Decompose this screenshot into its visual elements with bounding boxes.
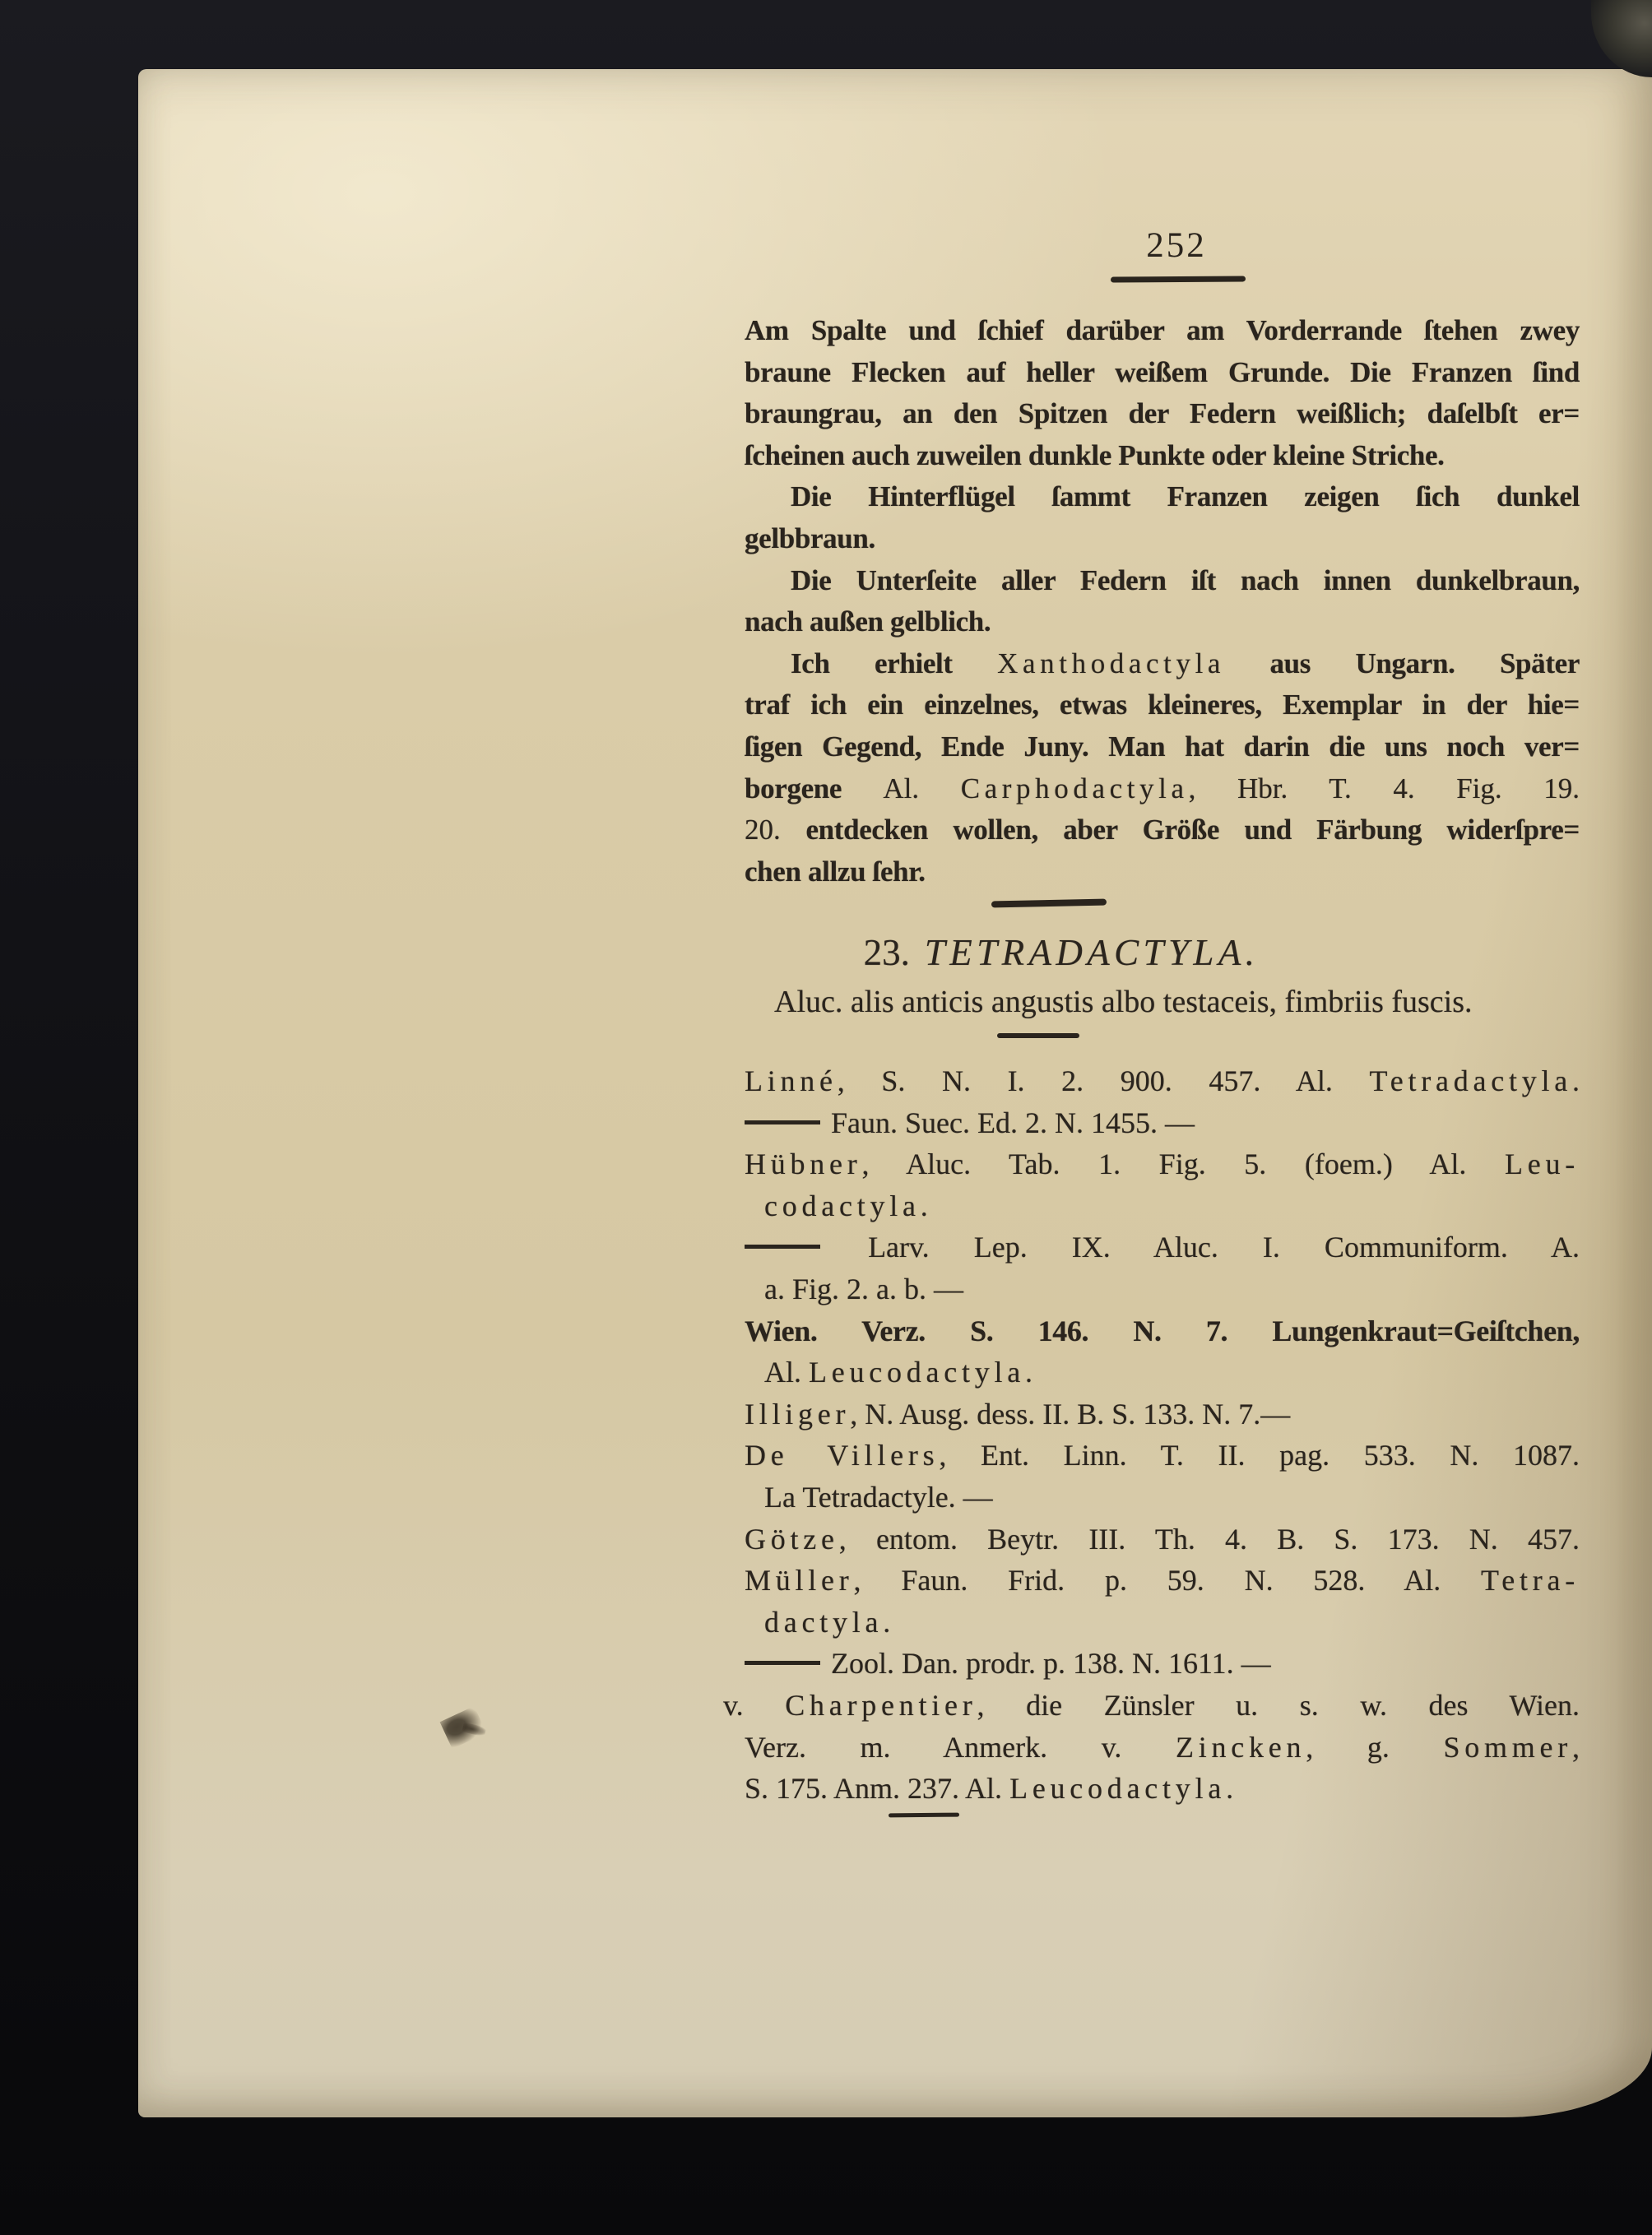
text-line: Hübner, Aluc. Tab. 1. Fig. 5. (foem.) Al… [745, 1143, 1580, 1185]
text-segment: traf ich ein einzelnes, etwas kleineres,… [745, 689, 1580, 721]
text-segment: codactyla [764, 1189, 921, 1222]
text-segment: . [921, 1189, 928, 1222]
ink-smudge [440, 1706, 487, 1749]
text-line: ſcheinen auch zuweilen dunkle Punkte ode… [745, 435, 1580, 477]
separator-rule [991, 899, 1107, 908]
text-segment: entdecken wollen, aber Größe und Färbung… [805, 814, 1580, 846]
page-number: 252 [1012, 225, 1341, 266]
text-segment: Linné [745, 1064, 838, 1097]
text-segment: Tetra- [1481, 1564, 1580, 1597]
text-segment: S. 175. Anm. 237. Al. [745, 1772, 1009, 1805]
text-segment: Faun. Suec. Ed. 2. N. 1455. — [824, 1106, 1195, 1139]
text-segment: ſcheinen auch zuweilen dunkle Punkte ode… [745, 439, 1445, 471]
text-line: Al. Leucodactyla. [745, 1352, 1580, 1393]
text-line: Die Hinterflügel ſammt Franzen zeigen ſi… [745, 476, 1580, 518]
species-heading: 23.TETRADACTYLA. [745, 931, 1378, 974]
text-line: chen allzu ſehr. [745, 851, 1580, 893]
text-segment: Verz. m. Anmerk. v. [745, 1731, 1176, 1764]
text-segment: braune Flecken auf heller weißem Grunde.… [745, 356, 1580, 388]
text-segment: Leucodactyla [1009, 1772, 1226, 1805]
text-line: v. Charpentier, die Zünsler u. s. w. des… [723, 1685, 1580, 1727]
text-segment: Al. [764, 1356, 809, 1389]
text-segment: , Hbr. T. 4. Fig. 19. [1189, 772, 1580, 805]
text-segment: borgene [745, 772, 883, 805]
text-line: Wien. Verz. S. 146. N. 7. Lungenkraut=Ge… [745, 1310, 1580, 1352]
text-line: a. Fig. 2. a. b. — [745, 1268, 1580, 1310]
text-line: Ich erhielt Xanthodactyla aus Ungarn. Sp… [745, 643, 1580, 685]
text-segment: a. Fig. 2. a. b. — [764, 1273, 963, 1305]
species-number: 23. [864, 932, 910, 973]
text-segment: gelbbraun. [745, 522, 875, 554]
text-segment: Carphodactyla [961, 772, 1189, 805]
text-segment: , Aluc. Tab. 1. Fig. 5. (foem.) Al. [862, 1148, 1505, 1180]
text-line: ſigen Gegend, Ende Juny. Man hat darin d… [745, 726, 1580, 768]
text-segment: La Tetradactyle. — [764, 1481, 993, 1514]
text-segment: , N. Ausg. dess. II. B. S. 133. N. 7.— [850, 1398, 1290, 1430]
separator-rule [889, 1813, 959, 1818]
text-line: Verz. m. Anmerk. v. Zincken, g. Sommer, [745, 1727, 1580, 1769]
text-line: De Villers, Ent. Linn. T. II. pag. 533. … [745, 1435, 1580, 1477]
text-line: 20. entdecken wollen, aber Größe und Fär… [745, 809, 1580, 851]
text-line: Götze, entom. Beytr. III. Th. 4. B. S. 1… [745, 1519, 1580, 1560]
text-segment: Wien. Verz. S. 146. N. 7. Lungenkraut=Ge… [745, 1315, 1580, 1347]
text-segment: Zincken [1176, 1731, 1306, 1764]
scan-background: 252 Am Spalte und ſchief darüber am Vord… [0, 0, 1652, 2235]
text-line: dactyla. [745, 1602, 1580, 1644]
text-segment: . [1572, 1064, 1580, 1097]
text-line: gelbbraun. [745, 518, 1580, 560]
text-line: nach außen gelblich. [745, 601, 1580, 643]
text-line: Larv. Lep. IX. Aluc. I. Communiform. A. [745, 1226, 1580, 1268]
text-segment: Leu- [1505, 1148, 1580, 1180]
text-segment: Charpentier [785, 1689, 977, 1722]
text-segment: 20. [745, 814, 805, 846]
text-segment: . [883, 1606, 890, 1639]
text-line: La Tetradactyle. — [745, 1477, 1580, 1519]
text-segment: , entom. Beytr. III. Th. 4. B. S. 173. N… [839, 1523, 1580, 1556]
text-segment: Hübner [745, 1148, 862, 1180]
text-segment: Illiger [745, 1398, 850, 1430]
text-segment: De Villers [745, 1439, 939, 1472]
leader-dash [745, 1120, 820, 1124]
text-segment: Müller [745, 1564, 854, 1597]
page-number-rule [1111, 276, 1246, 282]
leader-dash [745, 1245, 820, 1249]
text-segment: ſigen Gegend, Ende Juny. Man hat darin d… [745, 730, 1580, 763]
text-segment: Sommer [1443, 1731, 1572, 1764]
text-segment: Am Spalte und ſchief darüber am Vorderra… [745, 314, 1580, 346]
text-line: traf ich ein einzelnes, etwas kleineres,… [745, 684, 1580, 726]
text-line: S. 175. Anm. 237. Al. Leucodactyla. [745, 1768, 1580, 1810]
text-segment: . [1226, 1772, 1233, 1805]
text-segment: nach außen gelblich. [745, 605, 991, 638]
page-number-text: 252 [1146, 226, 1207, 265]
text-line: Müller, Faun. Frid. p. 59. N. 528. Al. T… [745, 1560, 1580, 1602]
species-name: TETRADACTYLA. [925, 932, 1260, 973]
text-line: braungrau, an den Spitzen der Federn wei… [745, 393, 1580, 435]
text-segment: Al. [883, 772, 960, 805]
latin-diagnosis: Aluc. alis anticis angustis albo testace… [745, 984, 1580, 1020]
text-segment: aus Ungarn. Später [1225, 647, 1580, 679]
text-line: Faun. Suec. Ed. 2. N. 1455. — [745, 1102, 1580, 1144]
text-segment: braungrau, an den Spitzen der Federn wei… [745, 397, 1580, 429]
text-segment: Larv. Lep. IX. Aluc. I. Communiform. A. [824, 1231, 1580, 1264]
text-segment: chen allzu ſehr. [745, 856, 926, 888]
text-segment: , die Zünsler u. s. w. des Wien. [977, 1689, 1580, 1722]
text-line: borgene Al. Carphodactyla, Hbr. T. 4. Fi… [745, 768, 1580, 810]
reference-list: Linné, S. N. I. 2. 900. 457. Al. Tetrada… [745, 1060, 1580, 1810]
text-segment: Die Hinterflügel ſammt Franzen zeigen ſi… [791, 480, 1580, 512]
leader-dash [745, 1661, 820, 1665]
text-segment: dactyla [764, 1606, 883, 1639]
text-segment: , g. [1306, 1731, 1443, 1764]
text-segment: , S. N. I. 2. 900. 457. Al. [838, 1064, 1370, 1097]
text-line: braune Flecken auf heller weißem Grunde.… [745, 352, 1580, 394]
text-segment: , Ent. Linn. T. II. pag. 533. N. 1087. [939, 1439, 1580, 1472]
text-segment: Zool. Dan. prodr. p. 138. N. 1611. — [824, 1647, 1271, 1680]
text-segment: Götze [745, 1523, 839, 1556]
text-segment: , Faun. Frid. p. 59. N. 528. Al. [854, 1564, 1481, 1597]
text-segment: . [1025, 1356, 1032, 1389]
text-segment: Ich erhielt [791, 647, 997, 679]
text-line: Am Spalte und ſchief darüber am Vorderra… [745, 310, 1580, 352]
text-line: codactyla. [745, 1185, 1580, 1227]
text-line: Illiger, N. Ausg. dess. II. B. S. 133. N… [745, 1393, 1580, 1435]
text-line: Die Unterſeite aller Federn iſt nach inn… [745, 560, 1580, 602]
text-line: Linné, S. N. I. 2. 900. 457. Al. Tetrada… [745, 1060, 1580, 1102]
text-segment: Tetradactyla [1370, 1064, 1572, 1097]
text-segment: , [1572, 1731, 1580, 1764]
separator-rule [997, 1033, 1079, 1038]
text-segment: Leucodactyla [809, 1356, 1025, 1389]
text-segment: Xanthodactyla [997, 647, 1225, 679]
text-line: Zool. Dan. prodr. p. 138. N. 1611. — [745, 1643, 1580, 1685]
page-stack-corner-shadow [1591, 0, 1652, 77]
text-segment: Die Unterſeite aller Federn iſt nach inn… [791, 564, 1580, 596]
book-page: 252 Am Spalte und ſchief darüber am Vord… [138, 69, 1652, 2117]
text-segment: v. [723, 1689, 785, 1722]
body-text-block: Am Spalte und ſchief darüber am Vorderra… [745, 310, 1580, 893]
